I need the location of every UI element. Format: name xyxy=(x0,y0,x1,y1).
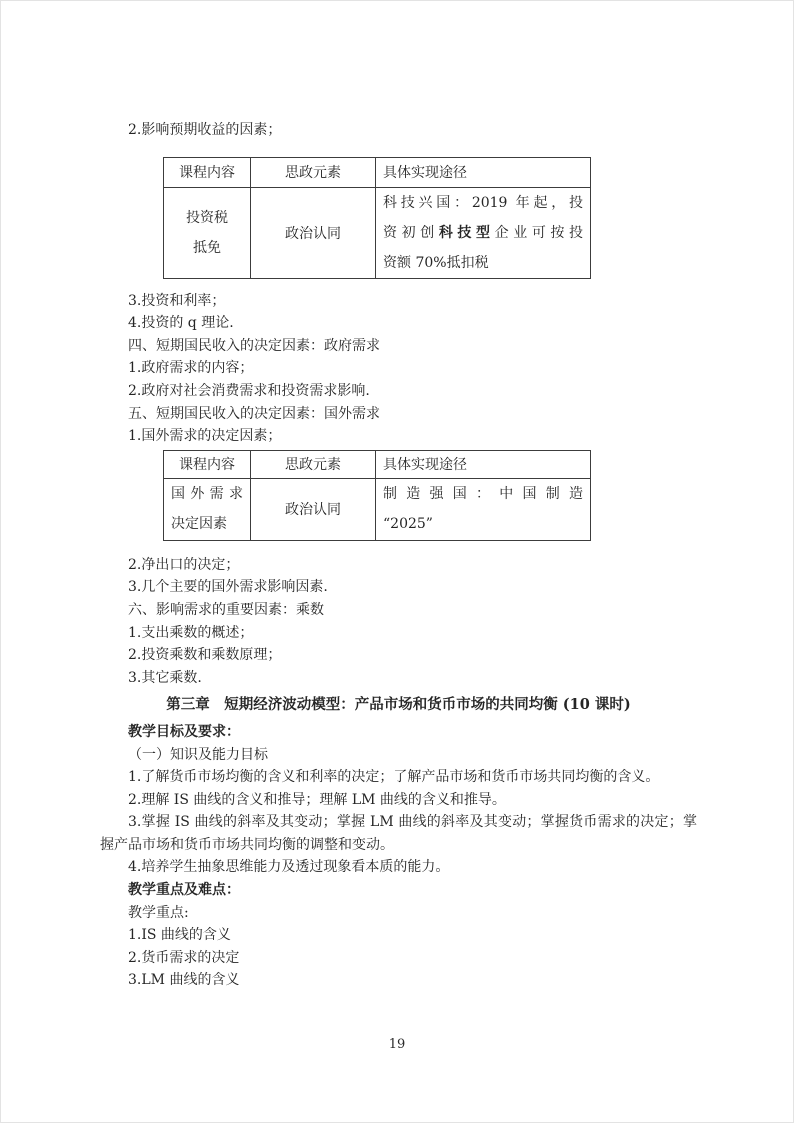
cell-implementation-path: 制造强国：中国制造 “2025” xyxy=(376,478,591,540)
cell-course-line1: 国外需求 xyxy=(171,479,243,509)
list-item: 1.政府需求的内容； xyxy=(100,357,697,380)
list-item: 1.支出乘数的概述； xyxy=(100,622,697,645)
cell-ideological-element: 政治认同 xyxy=(251,478,376,540)
cell-course-line2: 决定因素 xyxy=(171,509,243,539)
list-item: 3.投资和利率； xyxy=(100,290,697,313)
key-point-item: 1.IS 曲线的含义 xyxy=(100,924,697,947)
path-line1: 科技兴国：2019 年起，投 xyxy=(383,188,583,218)
cell-course-content: 国外需求 决定因素 xyxy=(164,478,251,540)
table-header-row: 课程内容 思政元素 具体实现途径 xyxy=(164,450,591,478)
list-item: 六、影响需求的重要因素：乘数 xyxy=(100,599,697,622)
page-content: 2.影响预期收益的因素； 课程内容 思政元素 具体实现途径 投资税 抵免 政治认… xyxy=(100,119,697,992)
table-header-row: 课程内容 思政元素 具体实现途径 xyxy=(164,157,591,187)
path-line1: 制造强国：中国制造 xyxy=(383,479,583,509)
path-line3: 资额 70%抵扣税 xyxy=(383,248,583,278)
subsection-heading-knowledge: （一）知识及能力目标 xyxy=(100,744,697,767)
page-number: 19 xyxy=(1,1037,793,1052)
section-heading-key-points: 教学重点及难点： xyxy=(100,879,697,902)
objective-item: 2.理解 IS 曲线的含义和推导；理解 LM 曲线的含义和推导。 xyxy=(100,789,697,812)
path-line2: “2025” xyxy=(383,509,583,539)
column-header-ideological-element: 思政元素 xyxy=(251,157,376,187)
objective-item: 3.掌握 IS 曲线的斜率及其变动；掌握 LM 曲线的斜率及其变动；掌握货币需求… xyxy=(100,811,697,856)
table-row: 国外需求 决定因素 政治认同 制造强国：中国制造 “2025” xyxy=(164,478,591,540)
list-item: 2.净出口的决定； xyxy=(100,554,697,577)
column-header-ideological-element: 思政元素 xyxy=(251,450,376,478)
path-line2: 资初创科技型企业可按投 xyxy=(383,218,583,248)
list-item: 4.投资的 q 理论. xyxy=(100,312,697,335)
cell-course-line1: 投资税 xyxy=(171,203,243,233)
key-point-item: 3.LM 曲线的含义 xyxy=(100,969,697,992)
subsection-heading-key-points: 教学重点: xyxy=(100,902,697,925)
path-line2-bold-term: 科技型 xyxy=(439,225,495,241)
column-header-course-content: 课程内容 xyxy=(164,157,251,187)
objective-item: 4.培养学生抽象思维能力及透过现象看本质的能力。 xyxy=(100,856,697,879)
cell-ideological-element: 政治认同 xyxy=(251,187,376,278)
column-header-course-content: 课程内容 xyxy=(164,450,251,478)
table-row: 投资税 抵免 政治认同 科技兴国：2019 年起，投 资初创科技型企业可按投 资… xyxy=(164,187,591,278)
cell-course-content: 投资税 抵免 xyxy=(164,187,251,278)
path-line2-pre: 资初创 xyxy=(383,225,439,241)
section-heading-objectives: 教学目标及要求： xyxy=(100,721,697,744)
list-item: 2.投资乘数和乘数原理； xyxy=(100,644,697,667)
document-page: 2.影响预期收益的因素； 课程内容 思政元素 具体实现途径 投资税 抵免 政治认… xyxy=(0,0,794,1123)
list-item: 2.政府对社会消费需求和投资需求影响. xyxy=(100,380,697,403)
column-header-implementation-path: 具体实现途径 xyxy=(376,450,591,478)
cell-course-line2: 抵免 xyxy=(171,233,243,263)
column-header-implementation-path: 具体实现途径 xyxy=(376,157,591,187)
list-item: 3.几个主要的国外需求影响因素. xyxy=(100,576,697,599)
table-foreign-demand: 课程内容 思政元素 具体实现途径 国外需求 决定因素 政治认同 制造强国：中国制… xyxy=(163,450,591,541)
table-investment-tax-credit: 课程内容 思政元素 具体实现途径 投资税 抵免 政治认同 科技兴国：2019 年… xyxy=(163,157,591,279)
list-item: 3.其它乘数. xyxy=(100,667,697,690)
list-item: 五、短期国民收入的决定因素：国外需求 xyxy=(100,403,697,426)
paragraph-expected-returns: 2.影响预期收益的因素； xyxy=(100,119,697,142)
path-line2-post: 企业可按投 xyxy=(495,225,583,241)
objective-item: 1.了解货币市场均衡的含义和利率的决定；了解产品市场和货币市场共同均衡的含义。 xyxy=(100,766,697,789)
key-point-item: 2.货币需求的决定 xyxy=(100,947,697,970)
list-item: 四、短期国民收入的决定因素：政府需求 xyxy=(100,335,697,358)
list-item: 1.国外需求的决定因素； xyxy=(100,425,697,448)
chapter-heading: 第三章 短期经济波动模型：产品市场和货币市场的共同均衡 (10 课时) xyxy=(100,694,697,717)
cell-implementation-path: 科技兴国：2019 年起，投 资初创科技型企业可按投 资额 70%抵扣税 xyxy=(376,187,591,278)
